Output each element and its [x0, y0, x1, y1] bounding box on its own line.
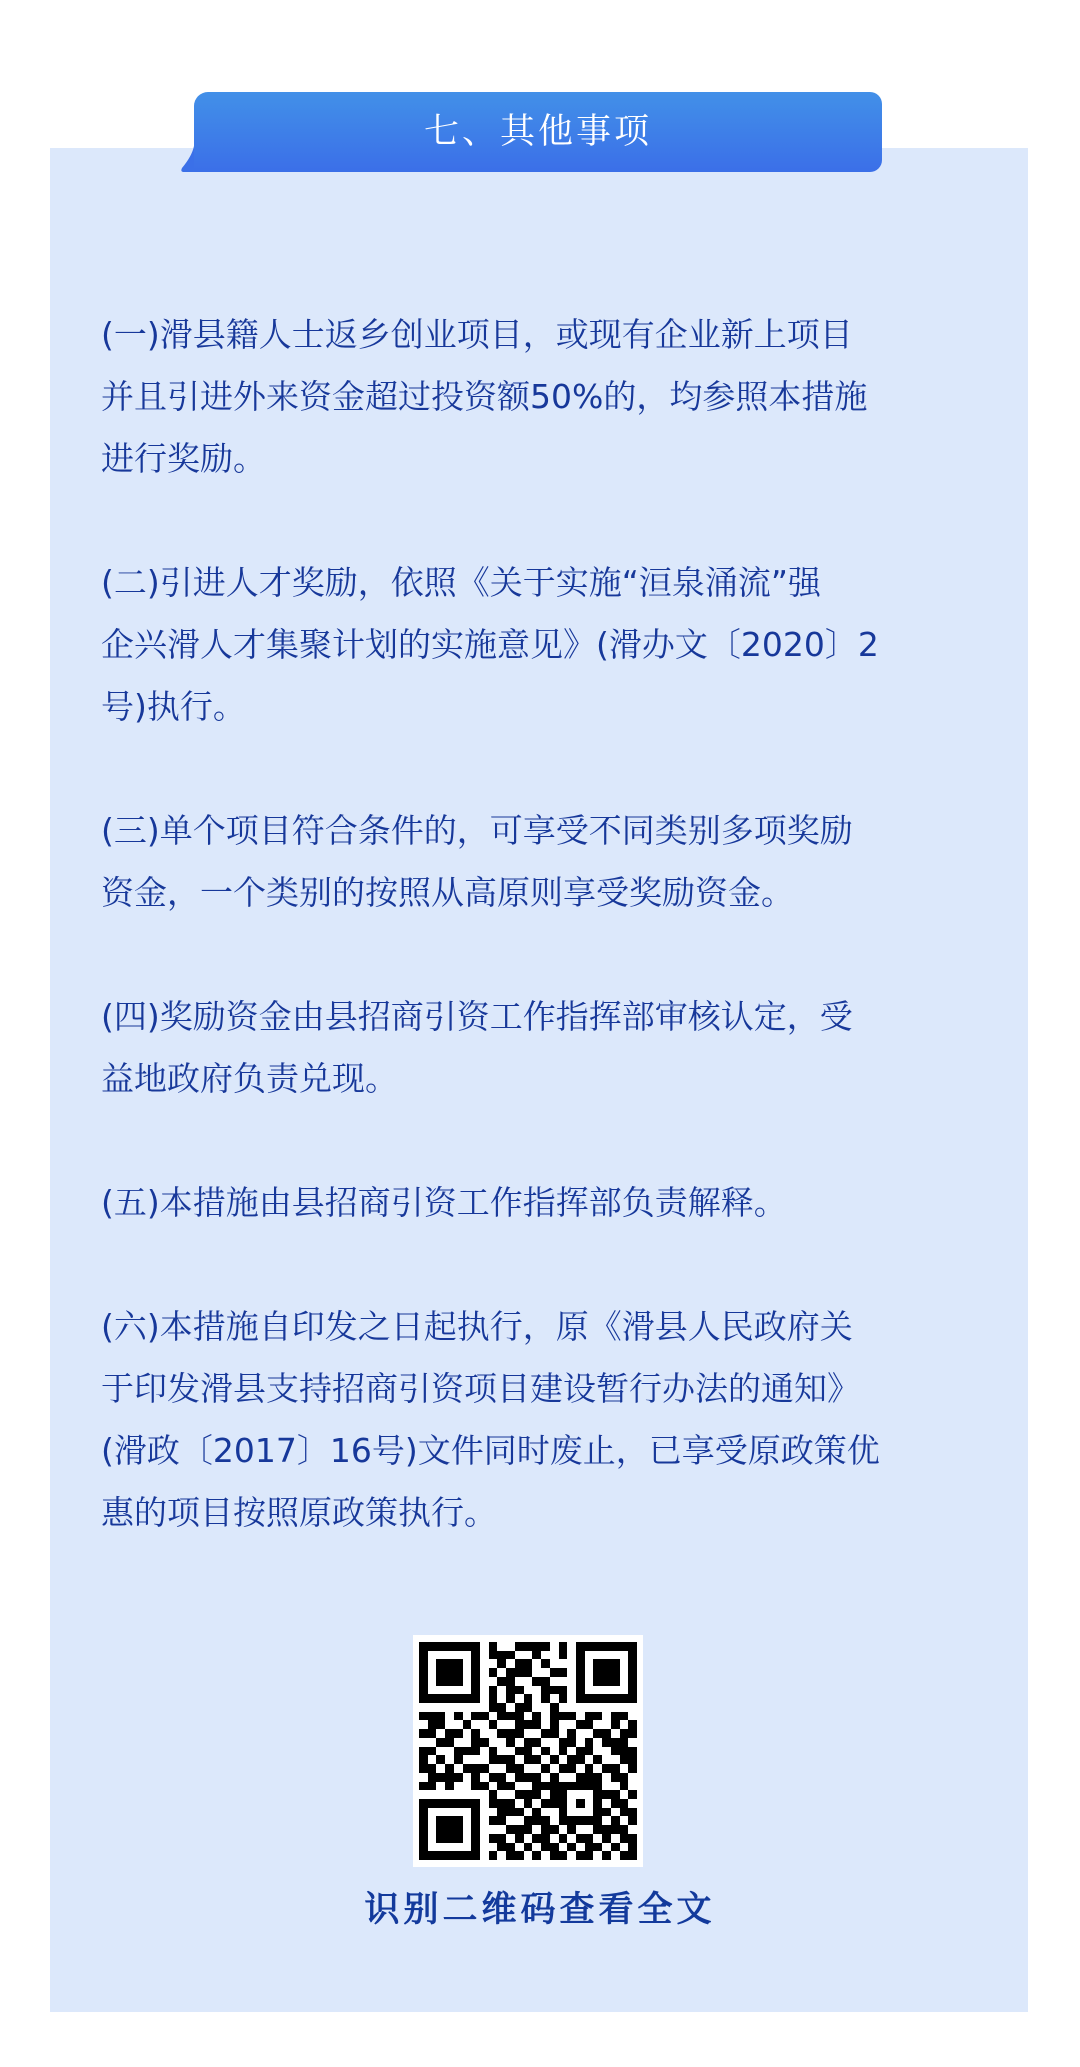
clause-3: (三)单个项目符合条件的，可享受不同类别多项奖励 资金，一个类别的按照从高原则享…: [101, 800, 981, 924]
article-body: (一)滑县籍人士返乡创业项目，或现有企业新上项目 并且引进外来资金超过投资额50…: [101, 304, 981, 1606]
clause-1: (一)滑县籍人士返乡创业项目，或现有企业新上项目 并且引进外来资金超过投资额50…: [101, 304, 981, 490]
qr-code[interactable]: [413, 1635, 643, 1867]
clause-6: (六)本措施自印发之日起执行，原《滑县人民政府关 于印发滑县支持招商引资项目建设…: [101, 1296, 981, 1544]
qr-code-icon: [419, 1642, 637, 1860]
clause-2: (二)引进人才奖励，依照《关于实施“洹泉涌流”强 企兴滑人才集聚计划的实施意见》…: [101, 552, 981, 738]
qr-caption: 识别二维码查看全文: [0, 1886, 1080, 1934]
clause-4: (四)奖励资金由县招商引资工作指挥部审核认定，受 益地政府负责兑现。: [101, 986, 981, 1110]
section-title: 七、其他事项: [424, 115, 652, 150]
clause-5: (五)本措施由县招商引资工作指挥部负责解释。: [101, 1172, 981, 1234]
section-header-banner: 七、其他事项: [194, 92, 882, 172]
